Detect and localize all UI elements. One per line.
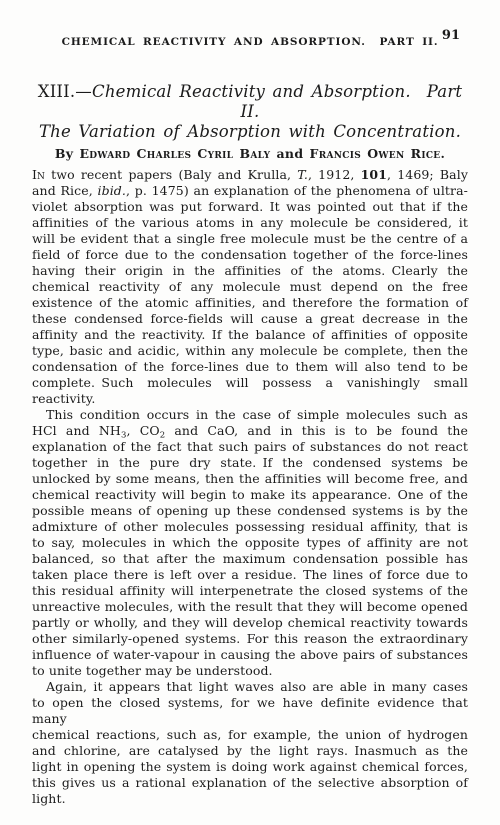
text-line: unlocked by some means, then the affinit… <box>32 471 468 487</box>
text-line: light. <box>32 791 468 807</box>
article-number: XIII.— <box>38 82 92 101</box>
text-line: chemical reactions, such as, for example… <box>32 727 468 743</box>
article-title-line1: XIII.—Chemical Reactivity and Absorption… <box>32 82 468 122</box>
article-title: XIII.—Chemical Reactivity and Absorption… <box>32 82 468 142</box>
article-title-text: Chemical Reactivity and Absorption. Part… <box>92 82 462 121</box>
text-line: light in opening the system is doing wor… <box>32 759 468 775</box>
text-line: affinity and the reactivity. If the bala… <box>32 327 468 343</box>
byline: By Edward Charles Cyril Baly and Francis… <box>32 146 468 161</box>
text-line: In two recent papers (Baly and Krulla, T… <box>32 167 468 183</box>
text-line: field of force due to the condensation t… <box>32 247 468 263</box>
text-line: taken place there is left over a residue… <box>32 567 468 583</box>
text-line: this gives us a rational explanation of … <box>32 775 468 791</box>
text-line: and chlorine, are catalysed by the light… <box>32 743 468 759</box>
text-line: Again, it appears that light waves also … <box>32 679 468 695</box>
text-line: condensation of the force-lines due to t… <box>32 359 468 375</box>
text-line: violet absorption was put forward. It wa… <box>32 199 468 215</box>
text-line: will be evident that a single free molec… <box>32 231 468 247</box>
text-line: balanced, so that after the maximum cond… <box>32 551 468 567</box>
text-line: chemical reactivity will begin to make i… <box>32 487 468 503</box>
text-line: HCl and NH3, CO2 and CaO, and in this is… <box>32 423 468 439</box>
text-line: to say, molecules in which the opposite … <box>32 535 468 551</box>
text-line: complete. Such molecules will possess a … <box>32 375 468 391</box>
body-text: In two recent papers (Baly and Krulla, T… <box>32 167 468 807</box>
paragraph: In two recent papers (Baly and Krulla, T… <box>32 167 468 407</box>
text-line: type, basic and acidic, within any molec… <box>32 343 468 359</box>
article-subtitle: The Variation of Absorption with Concent… <box>32 122 468 142</box>
page-number: 91 <box>442 28 460 43</box>
running-head-title: CHEMICAL REACTIVITY AND ABSORPTION. PART… <box>62 36 439 48</box>
text-line: to unite together may be understood. <box>32 663 468 679</box>
paragraph: Again, it appears that light waves also … <box>32 679 468 807</box>
text-line: This condition occurs in the case of sim… <box>32 407 468 423</box>
text-line: other similarly-opened systems. For this… <box>32 631 468 647</box>
text-line: admixture of other molecules possessing … <box>32 519 468 535</box>
text-line: this residual affinity will interpenetra… <box>32 583 468 599</box>
text-line: chemical reactivity of any molecule must… <box>32 279 468 295</box>
text-line: existence of the atomic affinities, and … <box>32 295 468 311</box>
journal-page: CHEMICAL REACTIVITY AND ABSORPTION. PART… <box>0 0 500 825</box>
text-line: these condensed force-fields will cause … <box>32 311 468 327</box>
text-line: possible means of opening up these conde… <box>32 503 468 519</box>
text-line: unreactive molecules, with the result th… <box>32 599 468 615</box>
text-line: influence of water-vapour in causing the… <box>32 647 468 663</box>
text-line: having their origin in the affinities of… <box>32 263 468 279</box>
text-line: together in the pure dry state. If the c… <box>32 455 468 471</box>
text-line: partly or wholly, and they will develop … <box>32 615 468 631</box>
text-line: explanation of the fact that such pairs … <box>32 439 468 455</box>
text-line: and Rice, ibid., p. 1475) an explanation… <box>32 183 468 199</box>
text-line: reactivity. <box>32 391 468 407</box>
text-line: to open the closed systems, for we have … <box>32 695 468 727</box>
running-header: CHEMICAL REACTIVITY AND ABSORPTION. PART… <box>32 30 468 44</box>
text-line: affinities of the various atoms in any m… <box>32 215 468 231</box>
paragraph: This condition occurs in the case of sim… <box>32 407 468 679</box>
